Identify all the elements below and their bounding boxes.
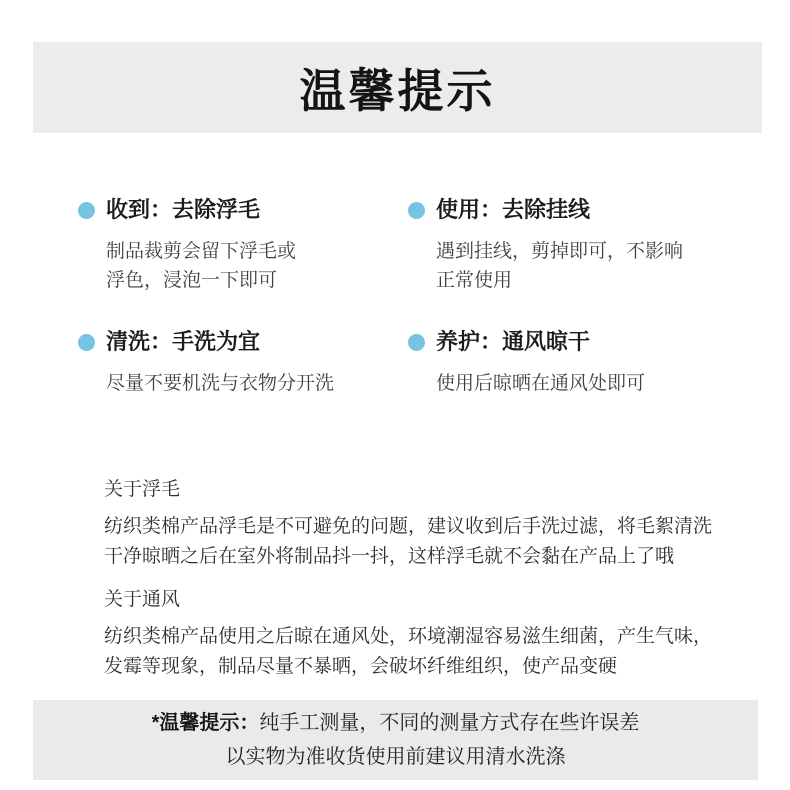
footer-note-line1: *温馨提示：纯手工测量，不同的测量方式存在些许误差 — [152, 706, 640, 740]
footer-note-text: 纯手工测量，不同的测量方式存在些许误差 — [259, 712, 639, 734]
warm-tips-card: 温馨提示 收到：去除浮毛 制品裁剪会留下浮毛或 浮色，浸泡一下即可 使用：去除挂… — [0, 0, 790, 790]
tip-header: 使用：去除挂线 — [408, 195, 760, 225]
tip-description: 尽量不要机洗与衣物分开洗 — [106, 369, 408, 398]
footer-note-bar: *温馨提示：纯手工测量，不同的测量方式存在些许误差 以实物为准收货使用前建议用清… — [33, 700, 758, 780]
tip-header: 养护：通风晾干 — [408, 327, 760, 357]
tip-washing: 清洗：手洗为宜 尽量不要机洗与衣物分开洗 — [78, 327, 408, 398]
tip-received: 收到：去除浮毛 制品裁剪会留下浮毛或 浮色，浸泡一下即可 — [78, 195, 408, 295]
header-banner: 温馨提示 — [33, 42, 762, 133]
tip-title: 养护：通风晾干 — [436, 327, 590, 357]
tip-title: 收到：去除浮毛 — [106, 195, 260, 225]
section-text: 纺织类棉产品使用之后晾在通风处，环境潮湿容易滋生细菌，产生气味， 发霉等现象，制… — [104, 622, 730, 682]
tip-description: 使用后晾晒在通风处即可 — [436, 369, 760, 398]
section-heading: 关于浮毛 — [104, 476, 730, 504]
tip-title: 清洗：手洗为宜 — [106, 327, 260, 357]
tips-grid: 收到：去除浮毛 制品裁剪会留下浮毛或 浮色，浸泡一下即可 使用：去除挂线 遇到挂… — [0, 195, 790, 398]
about-sections: 关于浮毛 纺织类棉产品浮毛是不可避免的问题，建议收到后手洗过滤，将毛絮清洗 干净… — [104, 476, 730, 682]
tip-usage: 使用：去除挂线 遇到挂线，剪掉即可，不影响 正常使用 — [408, 195, 760, 295]
bullet-dot-icon — [408, 202, 425, 219]
page-title: 温馨提示 — [300, 55, 496, 121]
footer-note-line2: 以实物为准收货使用前建议用清水洗涤 — [226, 740, 566, 774]
tip-care: 养护：通风晾干 使用后晾晒在通风处即可 — [408, 327, 760, 398]
bullet-dot-icon — [78, 334, 95, 351]
tip-header: 清洗：手洗为宜 — [78, 327, 408, 357]
about-lint-section: 关于浮毛 纺织类棉产品浮毛是不可避免的问题，建议收到后手洗过滤，将毛絮清洗 干净… — [104, 476, 730, 572]
tip-description: 遇到挂线，剪掉即可，不影响 正常使用 — [436, 237, 760, 295]
bullet-dot-icon — [78, 202, 95, 219]
section-heading: 关于通风 — [104, 586, 730, 614]
tip-description: 制品裁剪会留下浮毛或 浮色，浸泡一下即可 — [106, 237, 408, 295]
about-ventilation-section: 关于通风 纺织类棉产品使用之后晾在通风处，环境潮湿容易滋生细菌，产生气味， 发霉… — [104, 586, 730, 682]
footer-note-prefix: *温馨提示： — [152, 712, 260, 734]
tip-title: 使用：去除挂线 — [436, 195, 590, 225]
tip-header: 收到：去除浮毛 — [78, 195, 408, 225]
bullet-dot-icon — [408, 334, 425, 351]
section-text: 纺织类棉产品浮毛是不可避免的问题，建议收到后手洗过滤，将毛絮清洗 干净晾晒之后在… — [104, 512, 730, 572]
